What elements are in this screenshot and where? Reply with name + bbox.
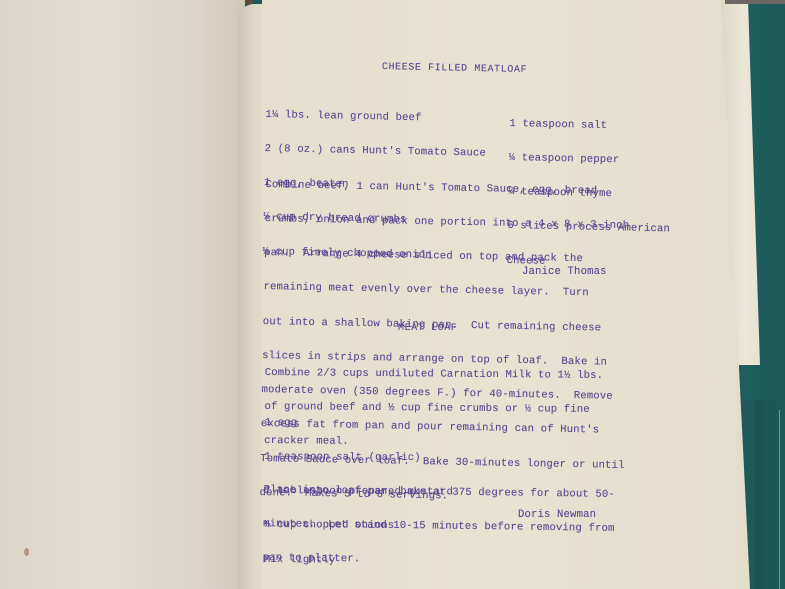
method-line: minutes. Let stand 10-15 minutes before … bbox=[263, 519, 615, 535]
teal-binder-divider bbox=[755, 400, 785, 589]
ingredient: 1¼ lbs. lean ground beef bbox=[265, 110, 486, 126]
method-line: remaining meat evenly over the cheese la… bbox=[263, 282, 628, 300]
recipe-author: Janice Thomas bbox=[522, 267, 607, 278]
spine-top bbox=[245, 0, 253, 4]
method-line: Combine beef, 1 can Hunt's Tomato Sauce,… bbox=[265, 180, 630, 198]
recipe-author: Doris Newman bbox=[518, 510, 596, 521]
method-line: pan to platter. bbox=[263, 553, 615, 569]
ingredient: 1 teaspoon salt bbox=[509, 119, 672, 134]
ingredient: 1 egg bbox=[265, 418, 454, 431]
photo-scene: CHEESE FILLED MEATLOAF 1¼ lbs. lean grou… bbox=[0, 0, 785, 589]
method-line: pan. Arrange 4 cheese sliced on top and … bbox=[264, 248, 629, 266]
stain-spot bbox=[24, 548, 29, 556]
recipe-title: MEAT LOAF bbox=[398, 323, 457, 334]
method-line: Place into loaf pan, bake at 375 degrees… bbox=[264, 485, 616, 501]
intro-line: Combine 2/3 cups undiluted Carnation Mil… bbox=[265, 368, 603, 382]
recipe-method: Place into loaf pan, bake at 375 degrees… bbox=[262, 462, 615, 589]
background-strip bbox=[725, 0, 785, 4]
method-line: crumbs, onion and pack one portion into … bbox=[265, 214, 630, 232]
binder-crease bbox=[779, 410, 780, 589]
left-blank-page bbox=[0, 0, 245, 589]
